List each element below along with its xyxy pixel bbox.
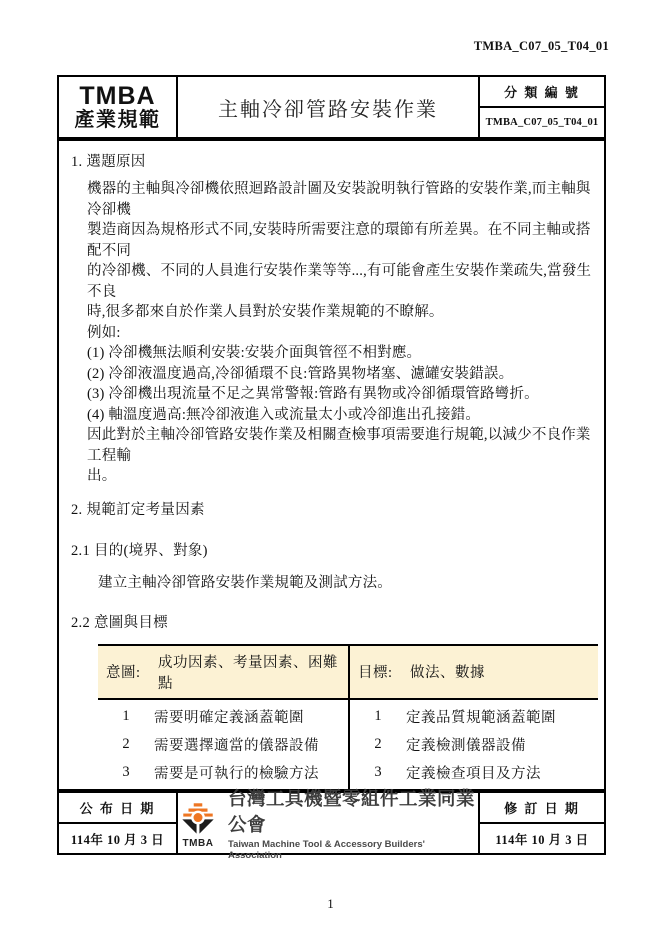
example-item: (3) 冷卻機出現流量不足之異常警報:管路有異物或冷卻循環管路彎折。 (87, 384, 594, 405)
section1-paragraph: 機器的主軸與冷卻機依照迴路設計圖及安裝說明執行管路的安裝作業,而主軸與冷卻機 製… (87, 179, 594, 487)
conclusion-line: 出。 (87, 466, 594, 487)
intent-goal-table: 意圖: 成功因素、考量因素、困難點 目標: 做法、數據 1 需要明確定義涵蓋範圍… (98, 644, 598, 792)
goal-cell: 定義檢測儀器設備 (406, 736, 598, 756)
association-name-en: Taiwan Machine Tool & Accessory Builders… (228, 839, 478, 861)
row-number: 3 (98, 764, 154, 781)
section2-heading: 2. 規範訂定考量因素 (71, 500, 594, 521)
goal-cell: 定義檢查項目及方法 (406, 764, 598, 784)
org-wordmark-line2: 產業規範 (75, 110, 161, 130)
paragraph-line: 製造商因為規格形式不同,安裝時所需要注意的環節有所差異。在不同主軸或搭配不同 (87, 220, 594, 261)
publish-date-value: 114年 10 月 3 日 (59, 824, 176, 853)
paragraph-line: 機器的主軸與冷卻機依照迴路設計圖及安裝說明執行管路的安裝作業,而主軸與冷卻機 (87, 179, 594, 220)
intent-cell: 需要是可執行的檢驗方法 (154, 764, 348, 784)
row-number: 1 (98, 708, 154, 725)
example-item: (1) 冷卻機無法順利安裝:安裝介面與管徑不相對應。 (87, 343, 594, 364)
footer: 公 布 日 期 114年 10 月 3 日 TMBA 台灣工 (57, 791, 606, 855)
row-number: 1 (350, 708, 406, 725)
paragraph-line: 時,很多都來自於作業人員對於安裝作業規範的不瞭解。 (87, 302, 594, 323)
table-row: 1 需要明確定義涵蓋範圍 1 定義品質規範涵蓋範圍 (98, 700, 598, 728)
intent-cell: 需要明確定義涵蓋範圍 (154, 708, 348, 728)
intent-cell: 需要選擇適當的儀器設備 (154, 736, 348, 756)
tmba-logo-icon (178, 799, 218, 837)
goal-label: 目標: (358, 661, 410, 682)
table-header-row: 意圖: 成功因素、考量因素、困難點 目標: 做法、數據 (98, 644, 598, 700)
goal-cell: 定義品質規範涵蓋範圍 (406, 708, 598, 728)
revision-date-cell: 修 訂 日 期 114年 10 月 3 日 (478, 793, 604, 853)
document-body: 1. 選題原因 機器的主軸與冷卻機依照迴路設計圖及安裝說明執行管路的安裝作業,而… (57, 139, 606, 791)
association-names: 台灣工具機暨零組件工業同業公會 Taiwan Machine Tool & Ac… (228, 785, 478, 861)
header: TMBA 產業規範 主軸冷卻管路安裝作業 分 類 編 號 TMBA_C07_05… (57, 75, 606, 139)
document-code-top: TMBA_C07_05_T04_01 (474, 39, 609, 54)
intent-header-text: 成功因素、考量因素、困難點 (158, 651, 348, 693)
revision-date-label: 修 訂 日 期 (480, 793, 604, 824)
section2-1-heading: 2.1 目的(境界、對象) (71, 541, 594, 562)
table-row: 2 需要選擇適當的儀器設備 2 定義檢測儀器設備 (98, 728, 598, 756)
paragraph-line: 的冷卻機、不同的人員進行安裝作業等等...,有可能會產生安裝作業疏失,當發生不良 (87, 261, 594, 302)
row-number: 2 (98, 736, 154, 753)
conclusion-line: 因此對於主軸冷卻管路安裝作業及相關查檢事項需要進行規範,以減少不良作業工程輸 (87, 425, 594, 466)
example-item: (4) 軸溫度過高:無冷卻液進入或流量太小或冷卻進出孔接錯。 (87, 405, 594, 426)
example-label: 例如: (87, 323, 594, 344)
publish-date-cell: 公 布 日 期 114年 10 月 3 日 (59, 793, 178, 853)
table-row: 3 需要是可執行的檢驗方法 3 定義檢查項目及方法 (98, 756, 598, 784)
row-number: 2 (350, 736, 406, 753)
org-wordmark: TMBA 產業規範 (59, 77, 178, 137)
classification-cell: 分 類 編 號 TMBA_C07_05_T04_01 (478, 77, 604, 137)
goal-header-text: 做法、數據 (410, 661, 598, 682)
classification-label: 分 類 編 號 (480, 77, 604, 108)
tmba-logo: TMBA (178, 799, 218, 849)
section1-heading: 1. 選題原因 (71, 152, 594, 173)
revision-date-value: 114年 10 月 3 日 (480, 824, 604, 853)
tmba-logo-text: TMBA (183, 838, 214, 849)
page-number: 1 (0, 896, 661, 912)
section2-1-body: 建立主軸冷卻管路安裝作業規範及測試方法。 (98, 573, 594, 593)
row-number: 3 (350, 764, 406, 781)
association-banner: TMBA 台灣工具機暨零組件工業同業公會 Taiwan Machine Tool… (178, 793, 478, 853)
table-header-goal: 目標: 做法、數據 (348, 646, 598, 698)
document-page: TMBA_C07_05_T04_01 TMBA 產業規範 主軸冷卻管路安裝作業 … (0, 0, 661, 942)
intent-label: 意圖: (106, 661, 158, 682)
publish-date-label: 公 布 日 期 (59, 793, 176, 824)
section2-2-heading: 2.2 意圖與目標 (71, 613, 594, 634)
org-wordmark-line1: TMBA (79, 84, 155, 110)
classification-code: TMBA_C07_05_T04_01 (480, 108, 604, 137)
table-header-intent: 意圖: 成功因素、考量因素、困難點 (98, 646, 348, 698)
page-title: 主軸冷卻管路安裝作業 (178, 77, 478, 137)
association-name-zh: 台灣工具機暨零組件工業同業公會 (228, 785, 478, 837)
example-item: (2) 冷卻液溫度過高,冷卻循環不良:管路異物堵塞、濾罐安裝錯誤。 (87, 364, 594, 385)
